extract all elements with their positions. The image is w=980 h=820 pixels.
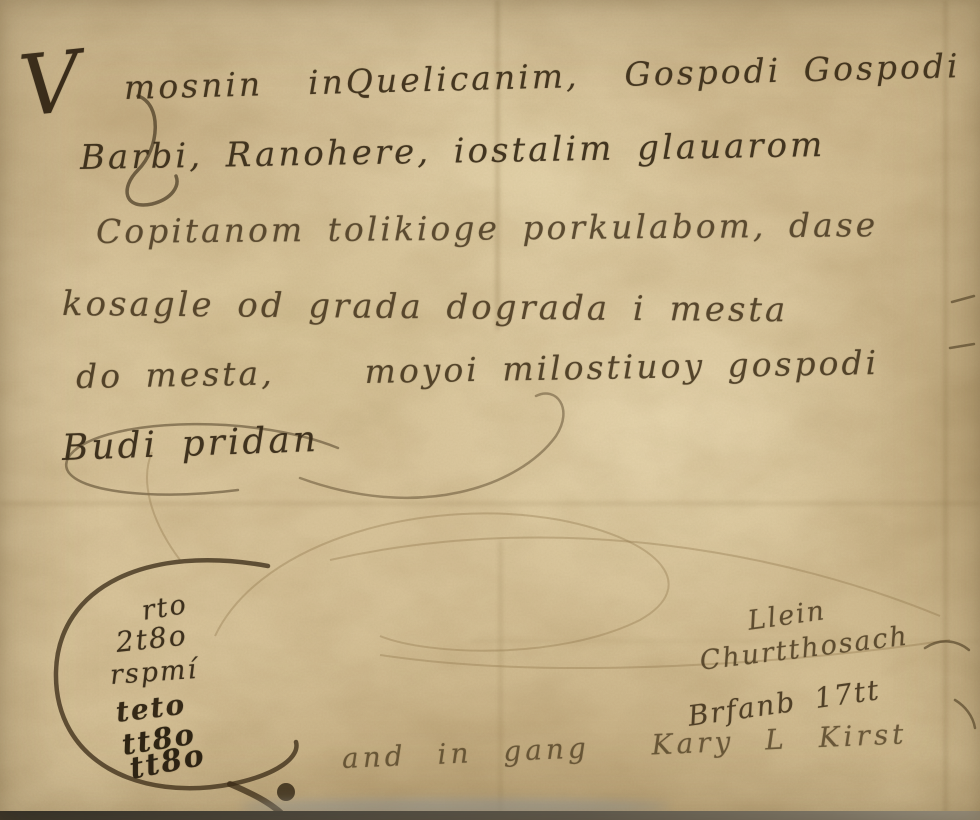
docket-line: and in gang Kary L Kirst bbox=[341, 717, 908, 775]
manuscript-line-4: kosagle od grada dograda i mesta bbox=[62, 284, 789, 330]
initial-letter: V bbox=[15, 32, 86, 136]
manuscript-page: V mosnin inQuelicanim, Gospodi Gospodi B… bbox=[0, 0, 980, 820]
manuscript-line-6: Budi pridan bbox=[61, 419, 319, 469]
fold-crease-horizontal bbox=[0, 502, 980, 505]
fold-crease-vertical-center-lower bbox=[499, 540, 502, 820]
edge-pen-marks bbox=[925, 296, 975, 728]
manuscript-line-3: Copitanom tolikioge porkulabom, dase bbox=[96, 205, 879, 251]
ink-blob bbox=[277, 783, 295, 801]
pen-trial-word: rspmí bbox=[109, 654, 199, 691]
pridan-tail-flourish bbox=[300, 394, 563, 498]
manuscript-line-5: do mesta, moyoi milostiuoy gospodi bbox=[76, 343, 880, 396]
manuscript-line-2: Barbi, Ranohere, iostalim glauarom bbox=[80, 125, 826, 178]
pen-trial-word: 2t8o bbox=[114, 619, 189, 659]
fold-crease-vertical-right bbox=[944, 0, 947, 820]
scan-edge-strip bbox=[0, 811, 980, 820]
manuscript-line-1: mosnin inQuelicanim, Gospodi Gospodi bbox=[123, 46, 961, 107]
